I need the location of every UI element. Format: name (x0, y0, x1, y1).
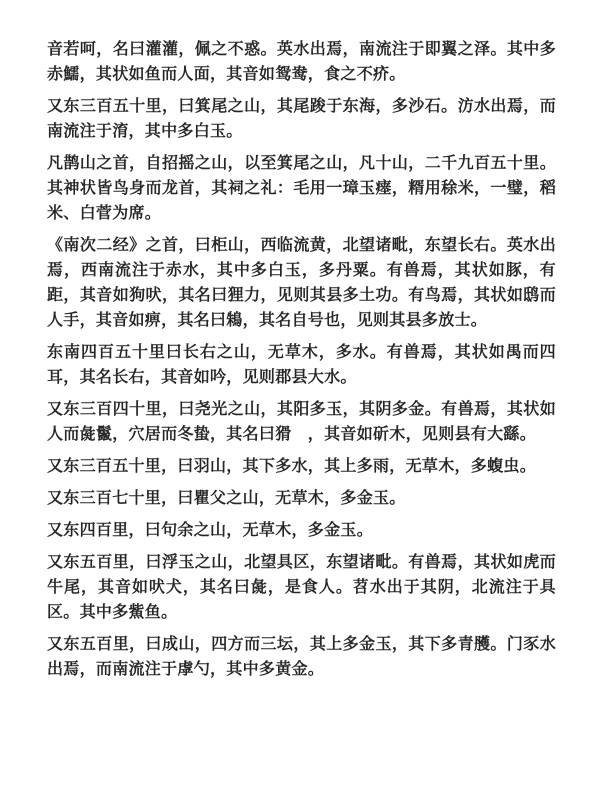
paragraph-4: 《南次二经》之首，曰柜山，西临流黄，北望诸毗，东望长右。英水出焉，西南流注于赤水… (47, 233, 556, 333)
paragraph-7: 又东三百五十里，曰羽山，其下多水，其上多雨，无草木，多蝮虫。 (47, 454, 556, 479)
paragraph-3: 凡鹊山之首，自招摇之山，以至箕尾之山，凡十山，二千九百五十里。其神状皆鸟身而龙首… (47, 151, 556, 226)
paragraph-5: 东南四百五十里曰长右之山，无草木，多水。有兽焉，其状如禺而四耳，其名长右，其音如… (47, 340, 556, 390)
paragraph-8: 又东三百七十里，曰瞿父之山，无草木，多金玉。 (47, 486, 556, 511)
document-page: 音若呵，名曰灌灌，佩之不惑。英水出焉，南流注于即翼之泽。其中多赤鱬，其状如鱼而人… (0, 0, 600, 800)
paragraph-11: 又东五百里，曰成山，四方而三坛，其上多金玉，其下多青雘。门豕水出焉，而南流注于虖… (47, 632, 556, 682)
paragraph-6: 又东三百四十里，曰尧光之山，其阳多玉，其阴多金。有兽焉，其状如人而彘鬣，穴居而冬… (47, 397, 556, 447)
paragraph-10: 又东五百里，曰浮玉之山，北望具区，东望诸毗。有兽焉，其状如虎而牛尾，其音如吠犬，… (47, 550, 556, 625)
paragraph-2: 又东三百五十里，曰箕尾之山，其尾踆于东海，多沙石。汸水出焉，而南流注于淯，其中多… (47, 94, 556, 144)
paragraph-9: 又东四百里，曰句余之山，无草木，多金玉。 (47, 518, 556, 543)
paragraph-1: 音若呵，名曰灌灌，佩之不惑。英水出焉，南流注于即翼之泽。其中多赤鱬，其状如鱼而人… (47, 37, 556, 87)
